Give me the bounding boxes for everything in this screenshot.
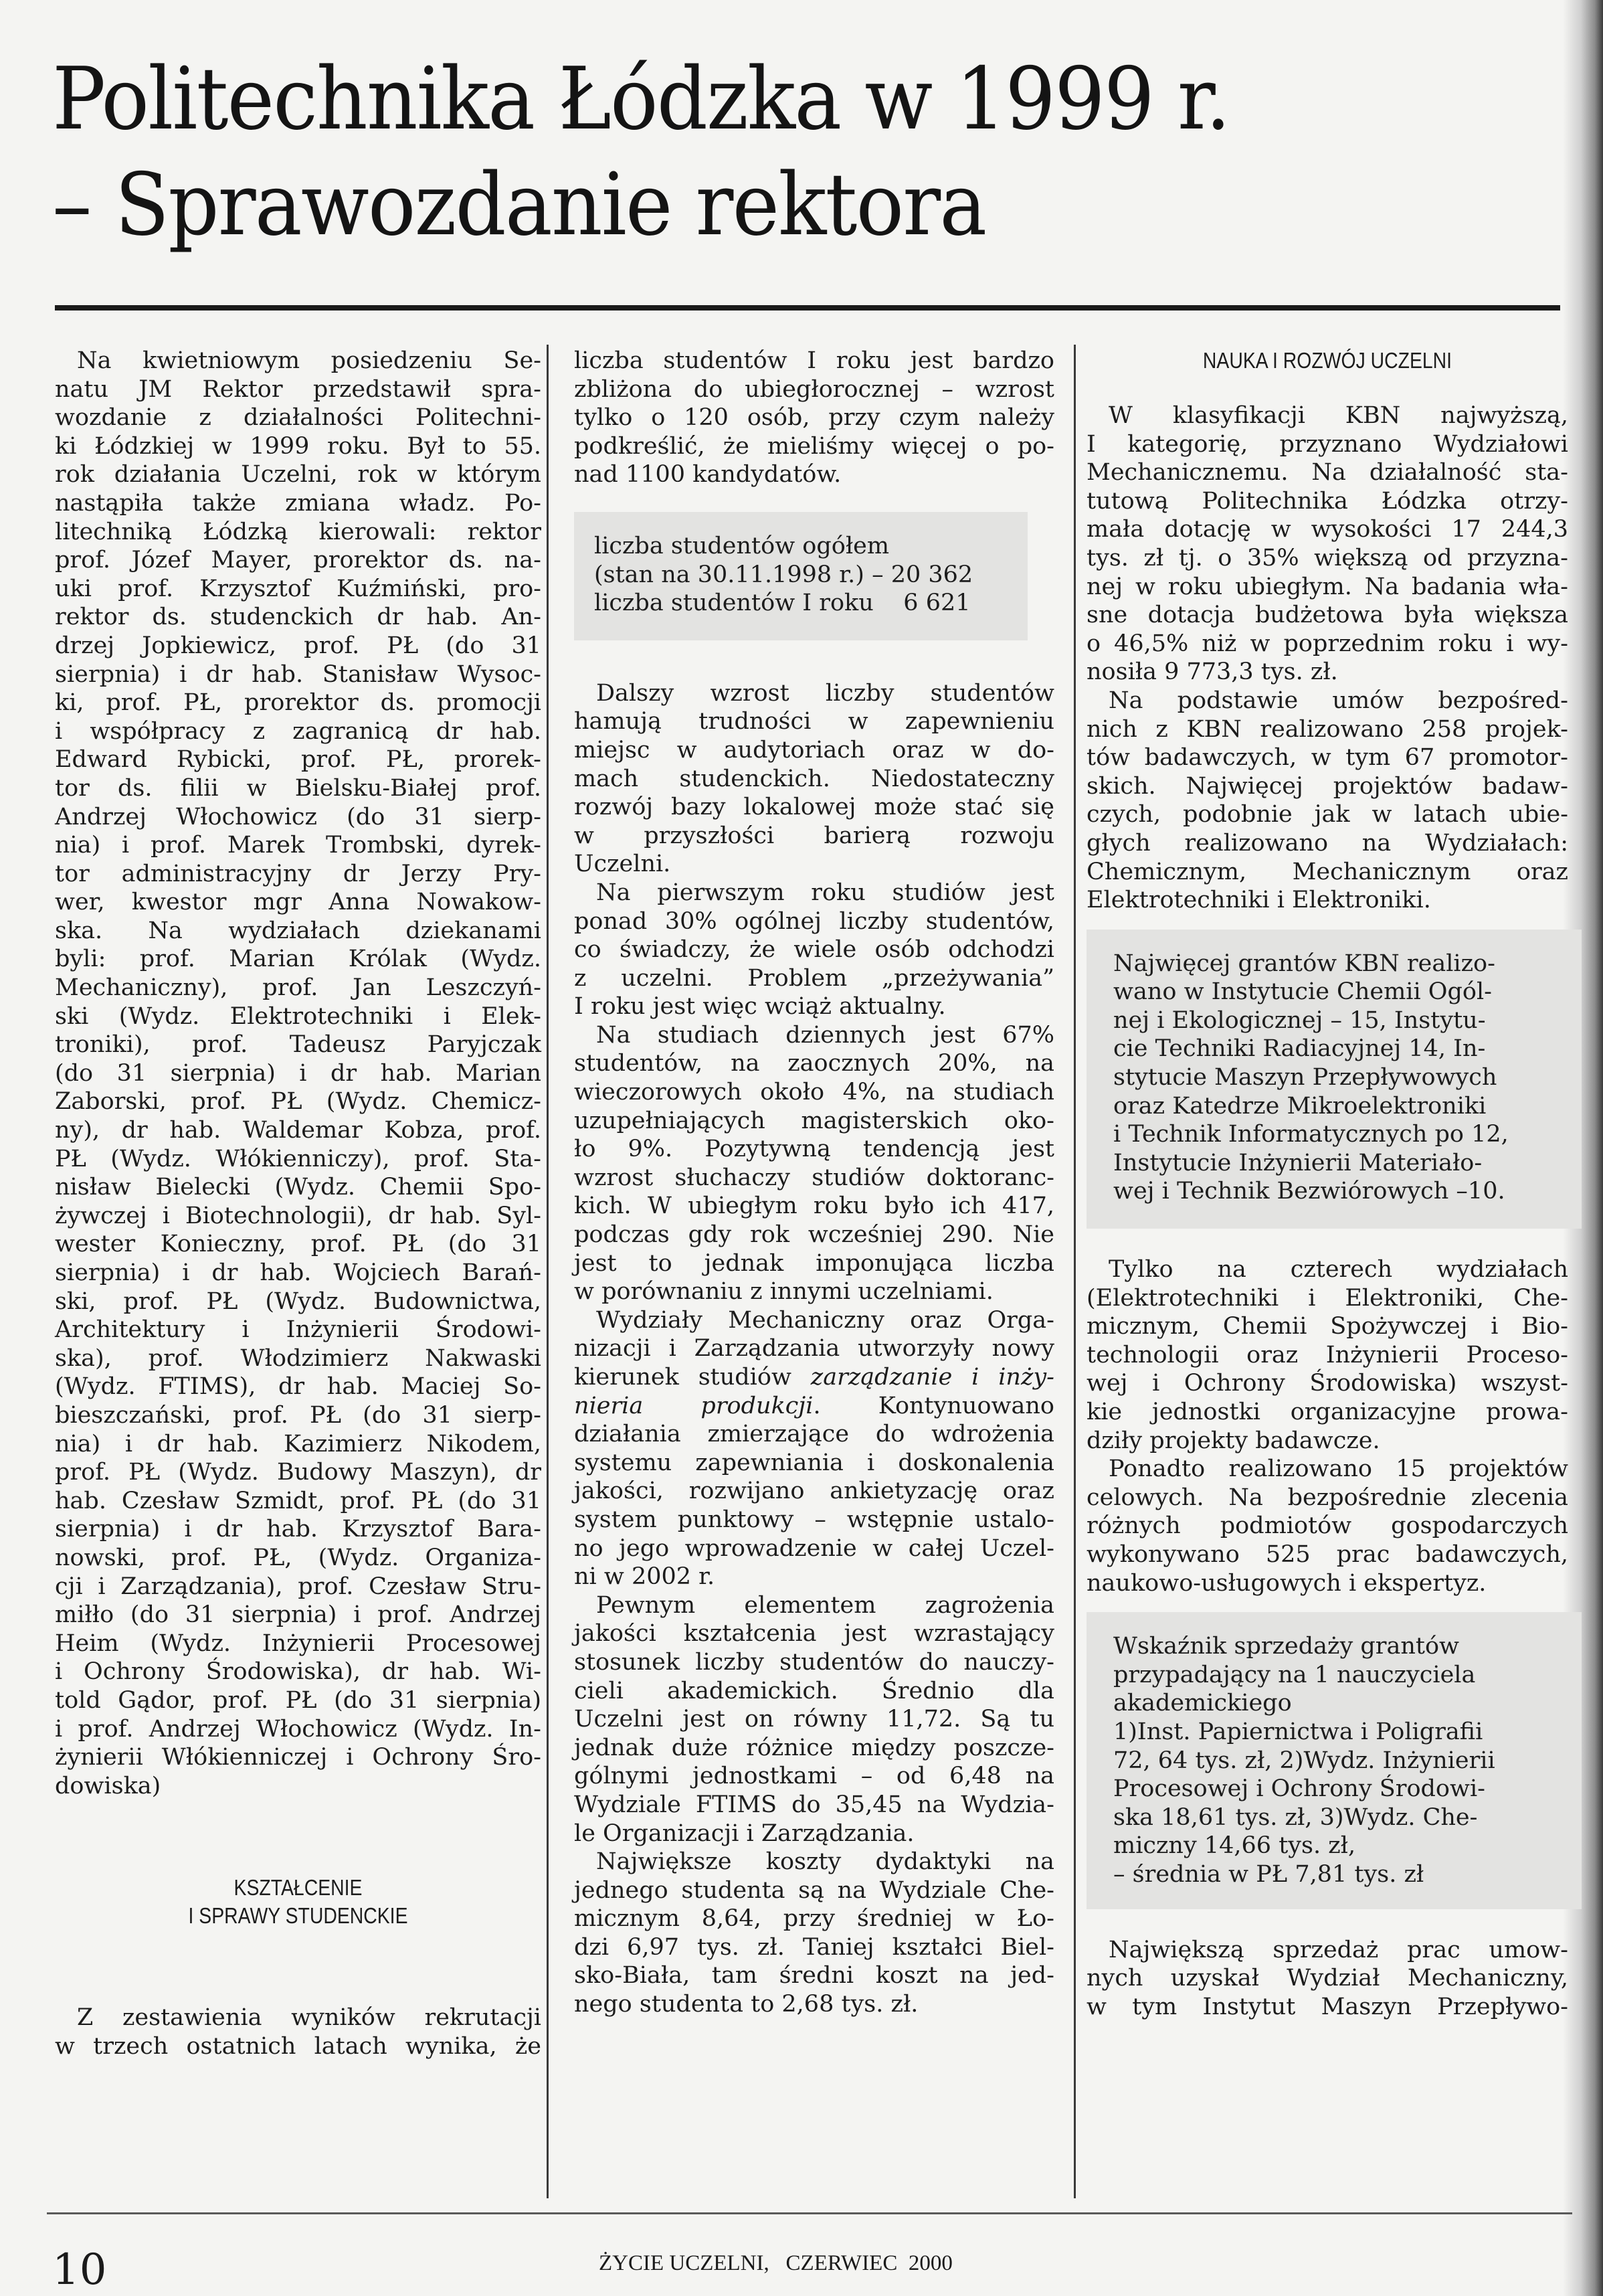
- text-line: dziły projekty badawcze.: [1087, 1427, 1568, 1455]
- title-rule: [55, 305, 1560, 311]
- text-line: rektor ds. studenckich dr hab. An-: [55, 603, 541, 632]
- text-line: sne dotacja budżetowa była większa: [1087, 601, 1568, 630]
- text-line: wykonywano 525 prac badawczych,: [1087, 1540, 1568, 1569]
- text-line: troniki), prof. Tadeusz Paryjczak: [55, 1031, 541, 1059]
- text-line: tor ds. filii w Bielsku-Białej prof.: [55, 774, 541, 803]
- text-line: bieszczański, prof. PŁ (do 31 sierp-: [55, 1401, 541, 1430]
- text-line: wano w Instytucie Chemii Ogól-: [1113, 978, 1562, 1006]
- text-line: uzupełniających magisterskich oko-: [574, 1107, 1054, 1136]
- text-line: ska 18,61 tys. zł, 3)Wydz. Che-: [1113, 1803, 1562, 1832]
- text-line: kierunek studiów zarządzanie i inży-: [574, 1363, 1054, 1392]
- quality-threat-paragraph: Pewnym elementem zagrożeniajakości kszta…: [574, 1591, 1054, 1848]
- text-line: tów badawczych, w tym 67 promotor-: [1087, 743, 1568, 772]
- text-line: różnych podmiotów gospodarczych: [1087, 1512, 1568, 1540]
- text-line: ło 9%. Pozytywną tendencją jest: [574, 1135, 1054, 1164]
- text-line: systemu zapewniania i doskonalenia: [574, 1449, 1054, 1478]
- text-line: liczba studentów I roku jest bardzo: [574, 347, 1054, 375]
- four-faculties-paragraph: Tylko na czterech wydziałach(Elektrotech…: [1087, 1255, 1568, 1455]
- text-line: i Ochrony Środowiska), dr hab. Wi-: [55, 1658, 541, 1686]
- text-line: działania zmierzające do wdrożenia: [574, 1420, 1054, 1449]
- text-line: nia) i dr hab. Kazimierz Nikodem,: [55, 1430, 541, 1459]
- new-program-paragraph: Wydziały Mechaniczny oraz Orga- nizacji …: [574, 1306, 1054, 1591]
- text-line: (Elektrotechniki i Elektroniki, Che-: [1087, 1284, 1568, 1313]
- column-2: liczba studentów I roku jest bardzozbliż…: [574, 347, 1054, 2019]
- text-line: w tym Instytut Maszyn Przepływo-: [1087, 1993, 1568, 2022]
- text-line: hamują trudności w zapewnieniu: [574, 707, 1054, 736]
- text-line: nosiła 9 773,3 tys. zł.: [1087, 658, 1568, 687]
- text-line: kich. W ubiegłym roku było ich 417,: [574, 1192, 1054, 1221]
- text-line: wej i Ochrony Środowiska) wszyst-: [1087, 1369, 1568, 1398]
- text-line: wzrost słuchaczy studiów doktoranc-: [574, 1164, 1054, 1193]
- section-heading-education: KSZTAŁCENIE I SPRAWY STUDENCKIE: [89, 1874, 507, 1930]
- text-line: 72, 64 tys. zł, 2)Wydz. Inżynierii: [1113, 1747, 1562, 1775]
- stats-line: liczba studentów I roku 6 621: [594, 589, 1028, 618]
- text-span: kierunek studiów: [574, 1364, 811, 1391]
- text-line: Na pierwszym roku studiów jest: [574, 879, 1054, 907]
- text-line: wieczorowych około 4%, na studiach: [574, 1078, 1054, 1107]
- teaching-cost-paragraph: Największe koszty dydaktyki najednego st…: [574, 1848, 1054, 2019]
- grants-box: Najwięcej grantów KBN realizo-wano w Ins…: [1087, 930, 1582, 1229]
- text-line: skich. Najwięcej projektów badaw-: [1087, 772, 1568, 801]
- text-line: W klasyfikacji KBN najwyższą,: [1087, 402, 1568, 430]
- text-line: I roku jest więc wciąż aktualny.: [574, 992, 1054, 1021]
- text-line: i prof. Andrzej Włochowicz (Wydz. In-: [55, 1715, 541, 1744]
- text-line: rok działania Uczelni, rok w którym: [55, 460, 541, 489]
- text-line: jakości kształcenia jest wzrastający: [574, 1619, 1054, 1648]
- text-line: jest to jednak imponująca liczba: [574, 1249, 1054, 1278]
- heading-line: KSZTAŁCENIE: [89, 1874, 507, 1902]
- text-line: głych realizowano na Wydziałach:: [1087, 829, 1568, 858]
- text-line: kie jednostki organizacyjne prowa-: [1087, 1398, 1568, 1427]
- text-line: ponad 30% ogólnej liczby studentów,: [574, 907, 1054, 936]
- text-line: w porównaniu z innymi uczelniami.: [574, 1277, 1054, 1306]
- text-line: miczny 14,66 tys. zł,: [1113, 1832, 1562, 1860]
- text-line: byli: prof. Marian Królak (Wydz.: [55, 945, 541, 974]
- text-line: wester Konieczny, prof. PŁ (do 31: [55, 1230, 541, 1259]
- stats-line: liczba studentów ogółem: [594, 532, 1028, 561]
- text-line: Architektury i Inżynierii Środowi-: [55, 1316, 541, 1344]
- text-line: w trzech ostatnich latach wynika, że: [55, 2032, 541, 2061]
- intro-paragraph: Na kwietniowym posiedzeniu Se-natu JM Re…: [55, 347, 541, 1800]
- text-line: ski, prof. PŁ (Wydz. Budownictwa,: [55, 1288, 541, 1316]
- text-line: wer, kwestor mgr Anna Nowakow-: [55, 888, 541, 917]
- text-line: Procesowej i Ochrony Środowi-: [1113, 1775, 1562, 1803]
- text-line: żywczej i Biotechnologii), dr hab. Syl-: [55, 1202, 541, 1231]
- text-line: co świadczy, że wiele osób odchodzi: [574, 936, 1054, 964]
- contract-sales-paragraph: Największą sprzedaż prac umow-nych uzysk…: [1087, 1936, 1568, 2022]
- section-heading-research: NAUKA I ROZWÓJ UCZELNI: [1120, 347, 1534, 375]
- text-line: miejsc w audytoriach oraz w do-: [574, 736, 1054, 765]
- text-line: uki prof. Krzysztof Kuźmiński, pro-: [55, 575, 541, 604]
- text-line: stosunek liczby studentów do nauczy-: [574, 1648, 1054, 1677]
- text-line: ska. Na wydziałach dziekanami: [55, 917, 541, 946]
- text-line: celowych. Na bezpośrednie zlecenia: [1087, 1484, 1568, 1512]
- text-line: Uczelni.: [574, 850, 1054, 879]
- column-divider-1: [547, 345, 549, 2198]
- text-line: told Gądor, prof. PŁ (do 31 sierpnia): [55, 1686, 541, 1715]
- student-stats-box: liczba studentów ogółem (stan na 30.11.1…: [574, 512, 1028, 640]
- text-line: hab. Czesław Szmidt, prof. PŁ (do 31: [55, 1487, 541, 1516]
- text-line: Z zestawienia wyników rekrutacji: [55, 2004, 541, 2032]
- text-line: stytucie Maszyn Przepływowych: [1113, 1063, 1562, 1092]
- text-line: czych, podobnie jak w latach ubie-: [1087, 800, 1568, 829]
- text-line: z uczelni. Problem „przeżywania”: [574, 964, 1054, 993]
- text-line: miłło (do 31 sierpnia) i prof. Andrzej: [55, 1601, 541, 1629]
- text-line: prof. PŁ (Wydz. Budowy Maszyn), dr: [55, 1458, 541, 1487]
- text-line: ki, prof. PŁ, prorektor ds. promocji: [55, 689, 541, 717]
- text-line: nego studenta to 2,68 tys. zł.: [574, 1990, 1054, 2019]
- column-divider-2: [1074, 345, 1076, 2198]
- text-line: nia) i prof. Marek Trombski, dyrek-: [55, 831, 541, 860]
- text-line: zbliżona do ubiegłorocznej – wzrost: [574, 375, 1054, 404]
- text-line: wej i Technik Bezwiórowych –10.: [1113, 1177, 1562, 1206]
- growth-paragraph: Dalszy wzrost liczby studentówhamują tru…: [574, 679, 1054, 879]
- text-line: dzi 6,97 tys. zł. Taniej kształci Biel-: [574, 1933, 1054, 1962]
- text-line: (Wydz. FTIMS), dr hab. Maciej So-: [55, 1373, 541, 1401]
- text-line: cie Techniki Radiacyjnej 14, In-: [1113, 1035, 1562, 1063]
- heading-line: I SPRAWY STUDENCKIE: [89, 1902, 507, 1930]
- text-line: Wydziały Mechaniczny oraz Orga-: [574, 1306, 1054, 1335]
- text-line: nastąpiła także zmiana władz. Po-: [55, 489, 541, 518]
- column-3: NAUKA I ROZWÓJ UCZELNI W klasyfikacji KB…: [1087, 347, 1568, 2021]
- title-line-1: Politechnika Łódzka w 1999 r.: [52, 47, 1483, 153]
- text-line: Heim (Wydz. Inżynierii Procesowej: [55, 1629, 541, 1658]
- text-line: podczas gdy rok wcześniej 290. Nie: [574, 1221, 1054, 1249]
- first-year-share-paragraph: Na pierwszym roku studiów jestponad 30% …: [574, 879, 1054, 1021]
- text-line: tylko o 120 osób, przy czym należy: [574, 404, 1054, 432]
- text-line: tor administracyjny dr Jerzy Pry-: [55, 860, 541, 889]
- text-line: technologii oraz Inżynierii Proceso-: [1087, 1341, 1568, 1370]
- recruitment-paragraph: Z zestawienia wyników rekrutacjiw trzech…: [55, 2004, 541, 2060]
- commissioned-work-paragraph: Ponadto realizowano 15 projektówcelowych…: [1087, 1455, 1568, 1597]
- text-line: Pewnym elementem zagrożenia: [574, 1591, 1054, 1620]
- text-line: o 46,5% niż w poprzednim roku i wy-: [1087, 630, 1568, 658]
- text-line: przypadający na 1 nauczyciela: [1113, 1661, 1562, 1690]
- first-year-paragraph: liczba studentów I roku jest bardzozbliż…: [574, 347, 1054, 489]
- text-line: żynierii Włókienniczej i Ochrony Śro-: [55, 1743, 541, 1772]
- text-span: . Kontynuowano: [813, 1393, 1054, 1419]
- text-line: i Technik Informatycznych po 12,: [1113, 1120, 1562, 1149]
- text-line: w przyszłości barierą rozwoju: [574, 822, 1054, 851]
- text-line: Najwięcej grantów KBN realizo-: [1113, 950, 1562, 978]
- text-line: sierpnia) i dr hab. Krzysztof Bara-: [55, 1515, 541, 1544]
- text-line: jednak duże różnice między poszcze-: [574, 1734, 1054, 1763]
- text-line: sierpnia) i dr hab. Stanisław Wysoc-: [55, 660, 541, 689]
- text-line: Chemicznym, Mechanicznym oraz: [1087, 858, 1568, 887]
- text-line: ni w 2002 r.: [574, 1563, 1054, 1591]
- publication-footer: ŻYCIE UCZELNI, CZERWIEC 2000: [599, 2250, 953, 2277]
- text-line: no jego wprowadzenie w całej Uczel-: [574, 1534, 1054, 1563]
- text-line: PŁ (Wydz. Włókienniczy), prof. Sta-: [55, 1145, 541, 1174]
- text-line: Ponadto realizowano 15 projektów: [1087, 1455, 1568, 1484]
- text-line: drzej Jopkiewicz, prof. PŁ (do 31: [55, 632, 541, 660]
- text-line: dowiska): [55, 1772, 541, 1801]
- text-line: – średnia w PŁ 7,81 tys. zł: [1113, 1860, 1562, 1889]
- text-line: nowski, prof. PŁ, (Wydz. Organiza-: [55, 1544, 541, 1573]
- text-line: Elektrotechniki i Elektroniki.: [1087, 886, 1568, 915]
- text-line: Edward Rybicki, prof. PŁ, prorek-: [55, 745, 541, 774]
- text-line: i współpracy z zagranicą dr hab.: [55, 717, 541, 746]
- text-line: Wskaźnik sprzedaży grantów: [1113, 1632, 1562, 1661]
- italic-program-name: zarządzanie i inży-: [811, 1364, 1054, 1391]
- text-line: Tylko na czterech wydziałach: [1087, 1255, 1568, 1284]
- text-line: litechniką Łódzką kierowali: rektor: [55, 518, 541, 547]
- text-line: ska), prof. Włodzimierz Nakwaski: [55, 1344, 541, 1373]
- text-line: Na podstawie umów bezpośred-: [1087, 687, 1568, 715]
- text-line: tys. zł tj. o 35% większą od przyzna-: [1087, 544, 1568, 573]
- text-line: micznym, Chemii Spożywczej i Bio-: [1087, 1312, 1568, 1341]
- text-line: naukowo-usługowych i ekspertyz.: [1087, 1569, 1568, 1598]
- kbn-projects-paragraph: Na podstawie umów bezpośred-nich z KBN r…: [1087, 687, 1568, 915]
- text-line: gólnymi jednostkami – od 6,48 na: [574, 1762, 1054, 1791]
- text-line: Na kwietniowym posiedzeniu Se-: [55, 347, 541, 375]
- text-line: nad 1100 kandydatów.: [574, 460, 1054, 489]
- text-line: nieria produkcji. Kontynuowano: [574, 1392, 1054, 1421]
- text-line: ki Łódzkiej w 1999 roku. Był to 55.: [55, 432, 541, 461]
- text-line: prof. Józef Mayer, prorektor ds. na-: [55, 546, 541, 575]
- text-line: studentów, na zaocznych 20%, na: [574, 1049, 1054, 1078]
- stats-label: (stan na 30.11.1998 r.): [594, 561, 864, 588]
- text-line: system punktowy – wstępnie ustalo-: [574, 1506, 1054, 1534]
- text-line: oraz Katedrze Mikroelektroniki: [1113, 1092, 1562, 1121]
- text-line: Największą sprzedaż prac umow-: [1087, 1936, 1568, 1965]
- text-line: natu JM Rektor przedstawił spra-: [55, 375, 541, 404]
- text-line: jakości, rozwijano ankietyzację oraz: [574, 1477, 1054, 1506]
- stats-label: liczba studentów I roku: [594, 590, 874, 616]
- text-line: Instytucie Inżynierii Materiało-: [1113, 1149, 1562, 1178]
- page-number: 10: [52, 2248, 106, 2291]
- stats-value: 6 621: [903, 590, 970, 616]
- text-line: podkreślić, że mieliśmy więcej o po-: [574, 432, 1054, 461]
- text-line: ny), dr hab. Waldemar Kobza, prof.: [55, 1116, 541, 1145]
- text-line: nizacji i Zarządzania utworzyły nowy: [574, 1334, 1054, 1363]
- text-line: Na studiach dziennych jest 67%: [574, 1021, 1054, 1050]
- text-line: Andrzej Włochowicz (do 31 sierp-: [55, 803, 541, 832]
- text-line: I kategorię, przyznano Wydziałowi: [1087, 430, 1568, 459]
- text-line: nej i Ekologicznej – 15, Instytu-: [1113, 1006, 1562, 1035]
- stats-line: (stan na 30.11.1998 r.) – 20 362: [594, 561, 1028, 590]
- text-line: Zaborski, prof. PŁ (Wydz. Chemicz-: [55, 1087, 541, 1116]
- text-line: le Organizacji i Zarządzania.: [574, 1820, 1054, 1848]
- article-title: Politechnika Łódzka w 1999 r. – Sprawozd…: [52, 47, 1483, 258]
- text-line: micznym 8,64, przy średniej w Ło-: [574, 1905, 1054, 1933]
- text-line: Uczelni jest on równy 11,72. Są tu: [574, 1705, 1054, 1734]
- text-line: 1)Inst. Papiernictwa i Poligrafii: [1113, 1718, 1562, 1747]
- text-line: cieli akademickich. Średnio dla: [574, 1677, 1054, 1706]
- text-line: Mechanicznemu. Na działalność sta-: [1087, 458, 1568, 487]
- text-line: jednego studenta są na Wydziale Che-: [574, 1876, 1054, 1905]
- text-line: Dalszy wzrost liczby studentów: [574, 679, 1054, 708]
- text-line: nisław Bielecki (Wydz. Chemii Spo-: [55, 1173, 541, 1202]
- italic-program-name: nieria produkcji: [574, 1393, 813, 1419]
- text-line: cji i Zarządzania), prof. Czesław Stru-: [55, 1573, 541, 1601]
- column-1: Na kwietniowym posiedzeniu Se-natu JM Re…: [55, 347, 541, 2060]
- text-line: rozwój bazy lokalowej może stać się: [574, 793, 1054, 822]
- text-line: nich z KBN realizowano 258 projek-: [1087, 715, 1568, 744]
- study-modes-paragraph: Na studiach dziennych jest 67%studentów,…: [574, 1021, 1054, 1306]
- text-line: Największe koszty dydaktyki na: [574, 1848, 1054, 1876]
- text-line: akademickiego: [1113, 1689, 1562, 1718]
- text-line: tutową Politechnika Łódzka otrzy-: [1087, 487, 1568, 516]
- grant-sales-box: Wskaźnik sprzedaży grantówprzypadający n…: [1087, 1612, 1582, 1909]
- text-line: wozdanie z działalności Politechni-: [55, 404, 541, 432]
- kbn-classification-paragraph: W klasyfikacji KBN najwyższą,I kategorię…: [1087, 402, 1568, 687]
- text-line: (do 31 sierpnia) i dr hab. Marian: [55, 1059, 541, 1088]
- text-line: sierpnia) i dr hab. Wojciech Barań-: [55, 1259, 541, 1288]
- text-line: nej w roku ubiegłym. Na badania wła-: [1087, 573, 1568, 602]
- text-line: ski (Wydz. Elektrotechniki i Elek-: [55, 1002, 541, 1031]
- footer-rule: [47, 2212, 1572, 2214]
- text-line: nych uzyskał Wydział Mechaniczny,: [1087, 1964, 1568, 1993]
- text-line: sko-Biała, tam średni koszt na jed-: [574, 1961, 1054, 1990]
- text-line: mała dotację w wysokości 17 244,3: [1087, 515, 1568, 544]
- title-line-2: – Sprawozdanie rektora: [52, 153, 1483, 258]
- text-line: Wydziale FTIMS do 35,45 na Wydzia-: [574, 1791, 1054, 1820]
- text-line: mach studenckich. Niedostateczny: [574, 765, 1054, 794]
- text-line: Mechaniczny), prof. Jan Leszczyń-: [55, 974, 541, 1002]
- stats-value: – 20 362: [872, 561, 973, 588]
